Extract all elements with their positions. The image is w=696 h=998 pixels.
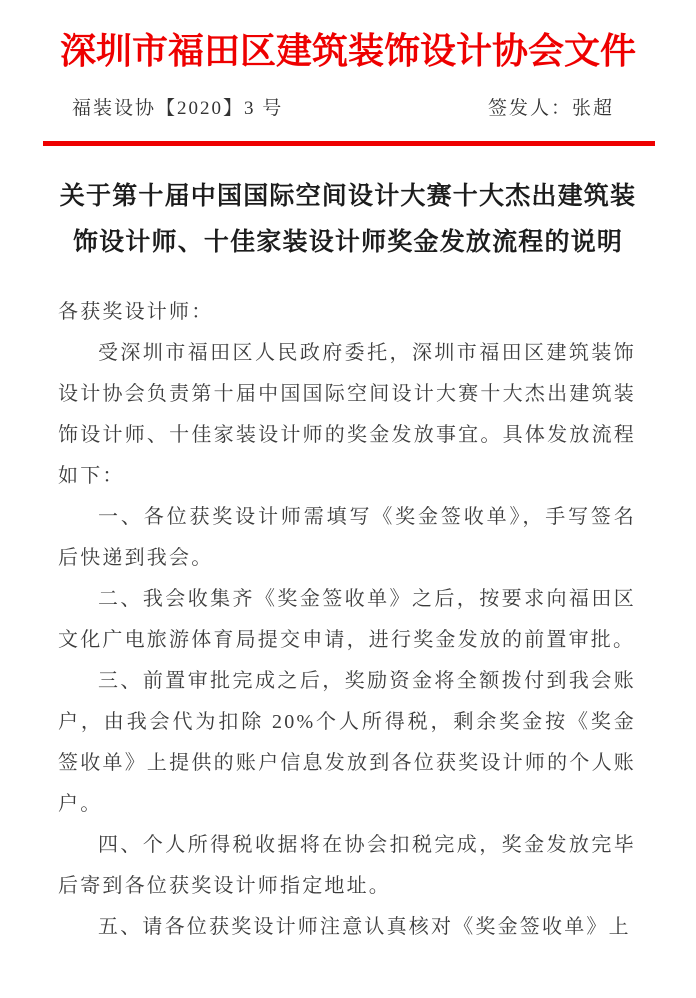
document-meta-row: 福装设协【2020】3 号 签发人：张超 [72,98,614,120]
document-title: 关于第十届中国国际空间设计大赛十大杰出建筑装饰设计师、十佳家装设计师奖金发放流程… [54,174,642,266]
document-number: 福装设协【2020】3 号 [72,98,283,120]
document-body: 各获奖设计师： 受深圳市福田区人民政府委托，深圳市福田区建筑装饰设计协会负责第十… [58,292,636,948]
body-paragraph-intro: 受深圳市福田区人民政府委托，深圳市福田区建筑装饰设计协会负责第十届中国国际空间设… [58,333,636,497]
issuer-name: 签发人：张超 [488,98,614,120]
body-paragraph-item-2: 二、我会收集齐《奖金签收单》之后，按要求向福田区文化广电旅游体育局提交申请，进行… [58,579,636,661]
body-paragraph-item-3: 三、前置审批完成之后，奖励资金将全额拨付到我会账户，由我会代为扣除 20%个人所… [58,661,636,825]
body-paragraph-item-1: 一、各位获奖设计师需填写《奖金签收单》，手写签名后快递到我会。 [58,497,636,579]
red-divider-rule [43,141,655,146]
letterhead-org-title: 深圳市福田区建筑装饰设计协会文件 [0,30,696,72]
official-document-page: 深圳市福田区建筑装饰设计协会文件 福装设协【2020】3 号 签发人：张超 关于… [0,0,696,998]
salutation-line: 各获奖设计师： [58,292,636,333]
body-paragraph-item-5: 五、请各位获奖设计师注意认真核对《奖金签收单》上 [58,907,636,948]
body-paragraph-item-4: 四、个人所得税收据将在协会扣税完成，奖金发放完毕后寄到各位获奖设计师指定地址。 [58,825,636,907]
